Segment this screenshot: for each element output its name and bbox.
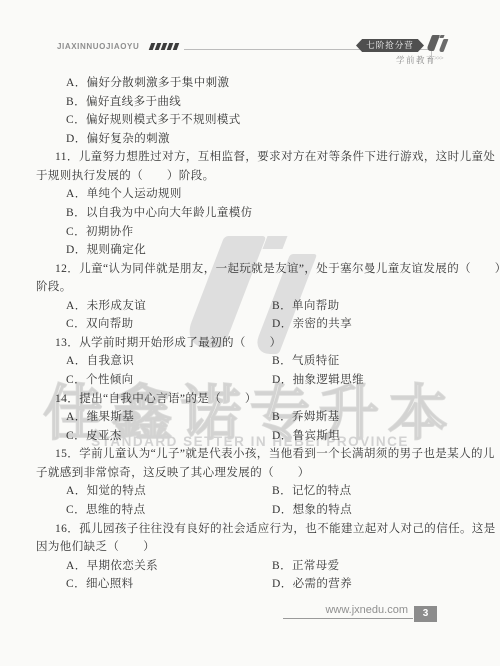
option-cell: A．早期依恋关系 (66, 557, 158, 576)
question-line: 14．提出“自我中心言语”的是（ ） (36, 390, 466, 409)
question-line: 16．孤儿园孩子往往没有良好的社会适应行为，也不能建立起对人对己的信任。这是 (36, 520, 466, 539)
option-cell: B．乔姆斯基 (272, 408, 340, 427)
option-row: A．早期依恋关系B．正常母爱 (36, 557, 466, 576)
question-continuation-line: 阶段。 (36, 278, 466, 297)
option-cell: A．维果斯基 (66, 408, 134, 427)
option-row: C．双向帮助D．亲密的共享 (36, 315, 466, 334)
option-cell: B．记忆的特点 (272, 482, 351, 501)
option-row: C．思维的特点D．想象的特点 (36, 501, 466, 520)
option-line: C．初期协作 (36, 223, 466, 242)
option-cell: D．亲密的共享 (272, 315, 352, 334)
option-cell: C．细心照料 (66, 575, 134, 594)
question-continuation-line: 于规则执行发展的（ ）阶段。 (36, 167, 466, 186)
option-row: A．自我意识B．气质特征 (36, 352, 466, 371)
score-badge: 七阶抢分营 (356, 39, 424, 52)
option-line: B．以自我为中心向大年龄儿童模仿 (36, 204, 466, 223)
option-cell: A．知觉的特点 (66, 482, 146, 501)
option-line: D．规则确定化 (36, 241, 466, 260)
option-row: C．皮亚杰D．鲁宾斯坦 (36, 427, 466, 446)
option-row: C．个性倾向D．抽象逻辑思维 (36, 371, 466, 390)
option-cell: C．思维的特点 (66, 501, 145, 520)
option-cell: A．自我意识 (66, 352, 134, 371)
content: A．偏好分散刺激多于集中刺激B．偏好直线多于曲线C．偏好规则模式多于不规则模式D… (36, 74, 466, 594)
option-cell: D．抽象逻辑思维 (272, 371, 364, 390)
option-line: A．单纯个人运动规则 (36, 185, 466, 204)
page-number-badge: 3 (414, 606, 437, 622)
option-row: A．知觉的特点B．记忆的特点 (36, 482, 466, 501)
option-row: C．细心照料D．必需的营养 (36, 575, 466, 594)
footer-rule (283, 618, 413, 619)
question-line: 13．从学前时期开始形成了最初的（ ） (36, 334, 466, 353)
option-cell: D．想象的特点 (272, 501, 352, 520)
option-cell: C．个性倾向 (66, 371, 134, 390)
subject-divider (431, 51, 432, 63)
option-line: D．偏好复杂的刺激 (36, 130, 466, 149)
option-line: B．偏好直线多于曲线 (36, 93, 466, 112)
brand-marks-icon (150, 43, 178, 50)
question-line: 15．学前儿童认为“儿子”就是代表小孩，当他看到一个长满胡须的男子也是某人的儿 (36, 445, 466, 464)
option-row: A．未形成友谊B．单向帮助 (36, 297, 466, 316)
option-cell: D．鲁宾斯坦 (272, 427, 340, 446)
brand-text: JIAXINNUOJIAOYU (57, 42, 139, 51)
option-line: A．偏好分散刺激多于集中刺激 (36, 74, 466, 93)
option-row: A．维果斯基B．乔姆斯基 (36, 408, 466, 427)
subject-label: 学前教育 (396, 54, 436, 66)
chevrons-icon: >>> (434, 56, 443, 62)
option-line: C．偏好规则模式多于不规则模式 (36, 111, 466, 130)
option-cell: B．单向帮助 (272, 297, 340, 316)
question-line: 12．儿童“认为同伴就是朋友，一起玩就是友谊”，处于塞尔曼儿童友谊发展的（ ） (36, 260, 466, 279)
option-cell: C．皮亚杰 (66, 427, 122, 446)
brand-logo-icon (426, 33, 450, 54)
option-cell: A．未形成友谊 (66, 297, 146, 316)
option-cell: C．双向帮助 (66, 315, 134, 334)
question-continuation-line: 子就感到非常惊奇，这反映了其心理发展的（ ） (36, 464, 466, 483)
option-cell: B．正常母爱 (272, 557, 340, 576)
question-line: 11．儿童努力想胜过对方，互相监督，要求对方在对等条件下进行游戏，这时儿童处 (36, 148, 466, 167)
question-continuation-line: 因为他们缺乏（ ） (36, 538, 466, 557)
option-cell: B．气质特征 (272, 352, 340, 371)
option-cell: D．必需的营养 (272, 575, 352, 594)
website-link[interactable]: www.jxnedu.com (300, 604, 408, 616)
scanned-exam-page: JIAXINNUOJIAOYU 七阶抢分营 学前教育 >>> 佳鑫诺专升本 ST… (0, 0, 500, 666)
